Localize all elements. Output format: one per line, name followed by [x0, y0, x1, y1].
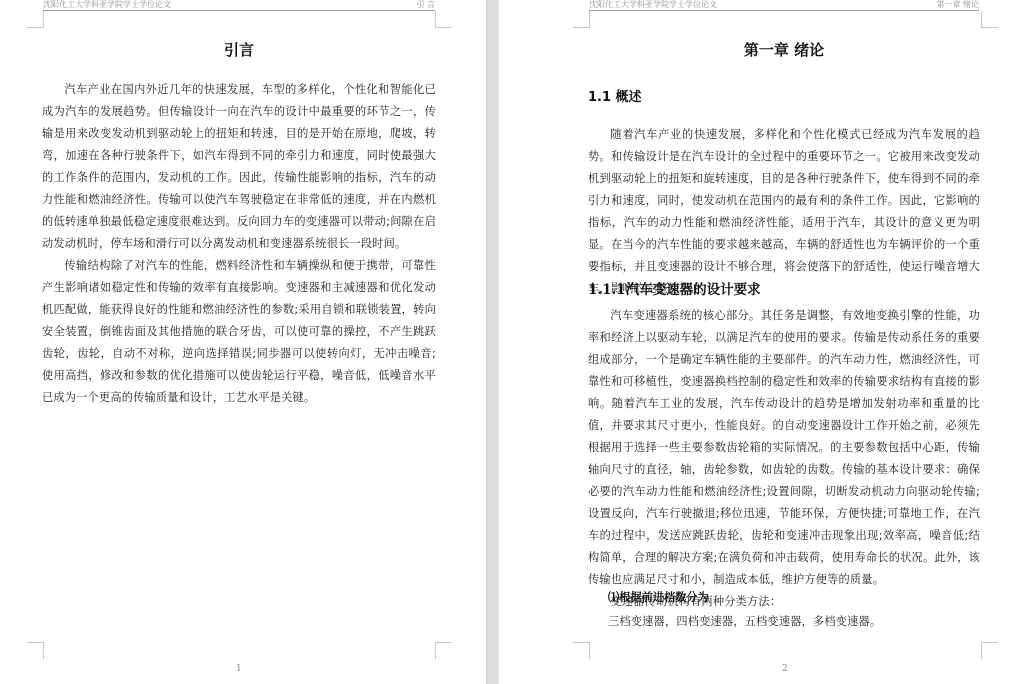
header-school-title: 沈阳化工大学科亚学院学士学位论文	[589, 0, 717, 9]
subsection-heading: 1.1.1汽车变速器的设计要求	[588, 278, 761, 298]
paragraph: 汽车产业在国内外近几年的快速发展，车型的多样化，个性化和智能化已成为汽车的发展趋…	[42, 79, 436, 255]
margin-corner-mark	[27, 642, 44, 659]
header-section-name: 引 言	[416, 0, 435, 9]
chapter-title: 第一章 绪论	[499, 40, 1024, 60]
header-school-title: 沈阳化工大学科亚学院学士学位论文	[43, 0, 171, 9]
paragraph: 三档变速器，四档变速器，五档变速器，多档变速器。	[608, 611, 980, 633]
margin-corner-mark	[27, 11, 44, 28]
paragraph: 随着汽车产业的快速发展，多样化和个性化模式已经成为汽车发展的趋势。和传输设计是在…	[588, 124, 980, 300]
paragraph: 传输结构除了对汽车的性能，燃料经济性和车辆操纵和便于携带，可靠性产生影响诸如稳定…	[42, 255, 436, 409]
section-heading: 1.1 概述	[588, 86, 642, 105]
body-text: 汽车变速器系统的核心部分。其任务是调整，有效地变换引擎的性能，功率和经济上以驱动…	[588, 305, 980, 613]
margin-corner-mark	[981, 11, 998, 28]
margin-corner-mark	[981, 642, 998, 659]
body-text: 汽车产业在国内外近几年的快速发展，车型的多样化，个性化和智能化已成为汽车的发展趋…	[42, 79, 436, 409]
body-text: 三档变速器，四档变速器，五档变速器，多档变速器。	[608, 611, 980, 633]
page-2: 沈阳化工大学科亚学院学士学位论文 第一章 绪论 第一章 绪论 1.1 概述 随着…	[499, 0, 1024, 684]
page-title: 引言	[0, 40, 478, 60]
margin-corner-mark	[573, 642, 590, 659]
paragraph: 汽车变速器系统的核心部分。其任务是调整，有效地变换引擎的性能，功率和经济上以驱动…	[588, 305, 980, 591]
body-text: 随着汽车产业的快速发展，多样化和个性化模式已经成为汽车发展的趋势。和传输设计是在…	[588, 124, 980, 300]
running-header: 沈阳化工大学科亚学院学士学位论文 引 言	[43, 0, 435, 11]
running-header: 沈阳化工大学科亚学院学士学位论文 第一章 绪论	[589, 0, 979, 11]
page-1: 沈阳化工大学科亚学院学士学位论文 引 言 引言 汽车产业在国内外近几年的快速发展…	[0, 0, 486, 684]
page-gap	[486, 0, 499, 684]
header-chapter-name: 第一章 绪论	[936, 0, 979, 9]
margin-corner-mark	[435, 642, 452, 659]
page-number: 2	[782, 664, 788, 674]
margin-corner-mark	[435, 11, 452, 28]
margin-corner-mark	[573, 11, 590, 28]
page-number: 1	[236, 664, 242, 674]
classification-heading: ⑴根据前进档数分为	[608, 589, 709, 605]
